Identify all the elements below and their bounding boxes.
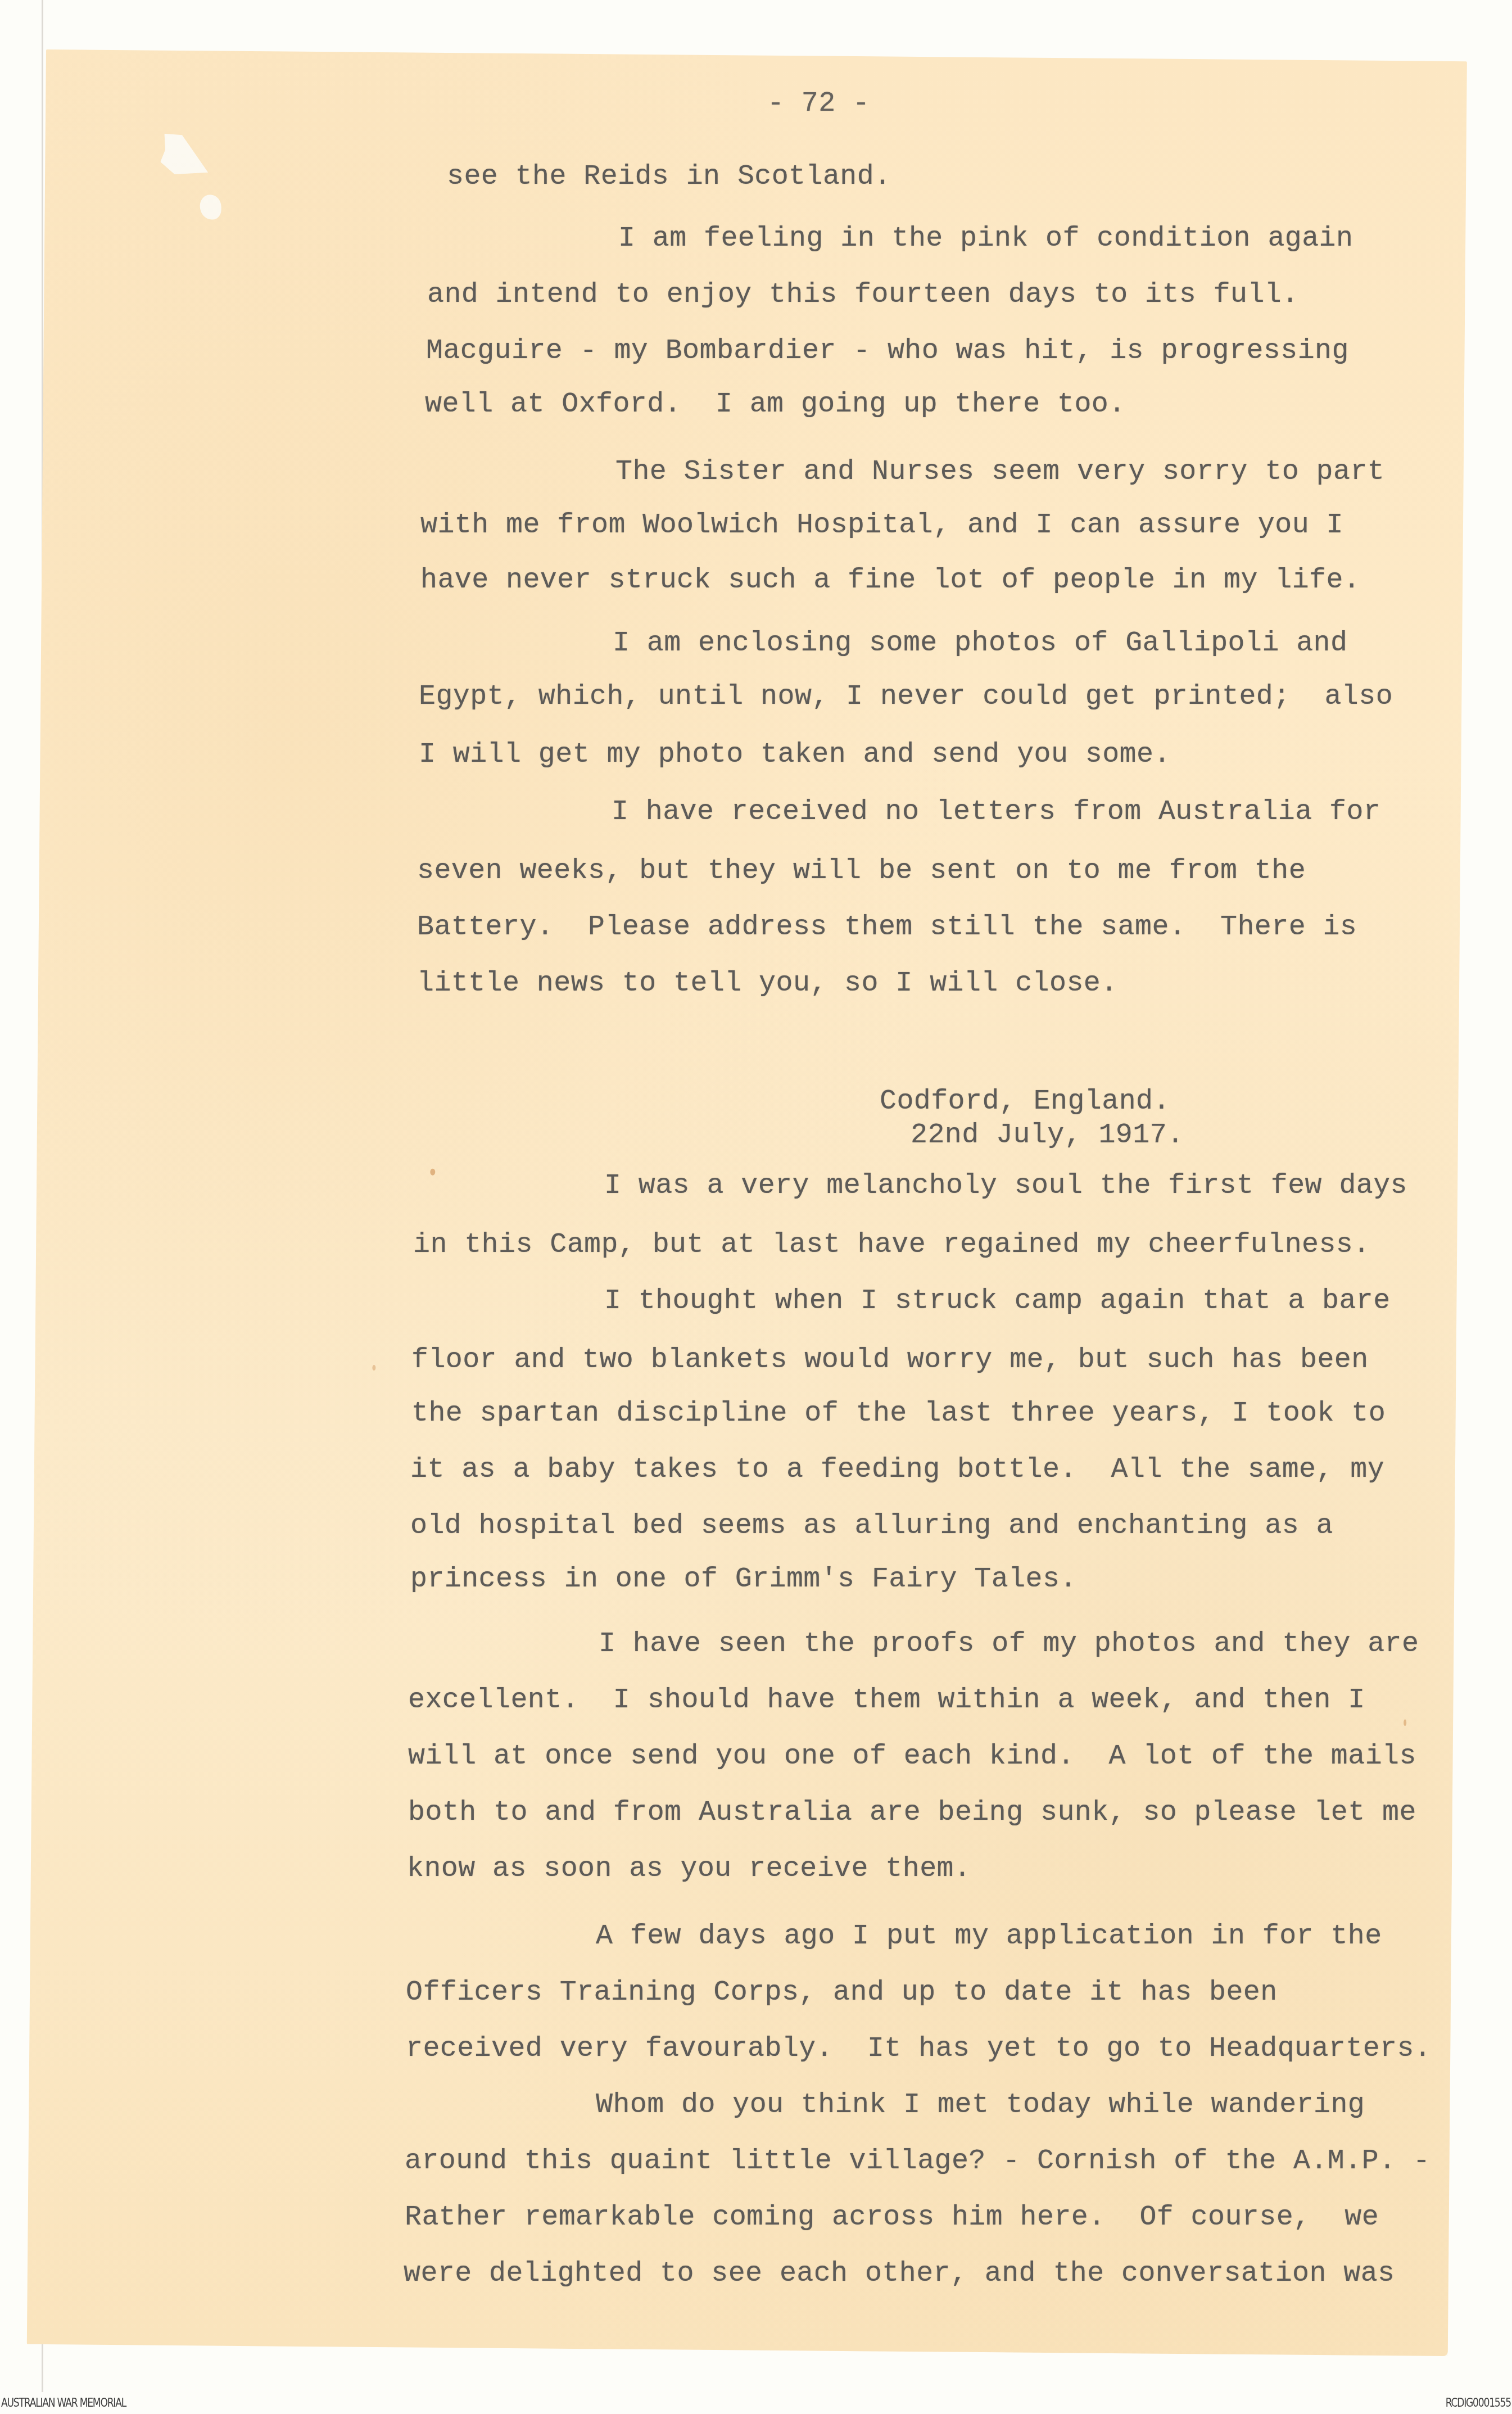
paragraph-start-line: I am feeling in the pink of condition ag… — [618, 225, 1353, 253]
paper-stain — [430, 1169, 435, 1176]
paper-tear-hole — [200, 195, 221, 219]
paragraph-start-line: I am enclosing some photos of Gallipoli … — [613, 630, 1347, 658]
paragraph-start-line: I thought when I struck camp again that … — [604, 1287, 1391, 1316]
institution-label: AUSTRALIAN WAR MEMORIAL — [1, 2396, 126, 2413]
letter-place: Codford, England. — [880, 1088, 1170, 1116]
text-line: in this Camp, but at last have regained … — [413, 1231, 1370, 1259]
text-line: both to and from Australia are being sun… — [408, 1799, 1416, 1827]
paragraph-start-line: I have received no letters from Australi… — [612, 798, 1380, 826]
text-line: Battery. Please address them still the s… — [417, 914, 1357, 942]
paragraph-start-line: I was a very melancholy soul the first f… — [604, 1172, 1407, 1200]
text-line: seven weeks, but they will be sent on to… — [417, 857, 1306, 885]
text-line: and intend to enjoy this fourteen days t… — [427, 281, 1299, 309]
paragraph-start-line: I have seen the proofs of my photos and … — [599, 1630, 1419, 1658]
text-line: have never struck such a fine lot of peo… — [420, 567, 1360, 595]
text-line: were delighted to see each other, and th… — [404, 2260, 1395, 2288]
paper-tear-hole — [160, 134, 209, 175]
text-line: little news to tell you, so I will close… — [417, 970, 1118, 998]
text-line: the spartan discipline of the last three… — [411, 1400, 1386, 1428]
text-line: see the Reids in Scotland. — [447, 163, 891, 191]
paragraph-start-line: A few days ago I put my application in f… — [596, 1923, 1382, 1951]
text-line: will at once send you one of each kind. … — [408, 1743, 1416, 1771]
text-line: it as a baby takes to a feeding bottle. … — [410, 1456, 1384, 1484]
text-line: old hospital bed seems as alluring and e… — [410, 1512, 1333, 1540]
paragraph-start-line: The Sister and Nurses seem very sorry to… — [615, 458, 1384, 486]
text-line: Egypt, which, until now, I never could g… — [419, 683, 1393, 711]
paper-stain — [1404, 1719, 1406, 1726]
text-line: princess in one of Grimm's Fairy Tales. — [410, 1566, 1077, 1594]
paragraph-start-line: Whom do you think I met today while wand… — [596, 2091, 1365, 2119]
letter-date: 22nd July, 1917. — [911, 1122, 1184, 1150]
text-line: well at Oxford. I am going up there too. — [425, 391, 1126, 419]
paper-stain — [372, 1365, 375, 1371]
text-line: Rather remarkable coming across him here… — [405, 2204, 1379, 2232]
text-line: I will get my photo taken and send you s… — [419, 741, 1171, 769]
text-line: Officers Training Corps, and up to date … — [406, 1979, 1278, 2007]
text-line: with me from Woolwich Hospital, and I ca… — [420, 512, 1343, 540]
text-line: received very favourably. It has yet to … — [406, 2035, 1431, 2063]
text-line: floor and two blankets would worry me, b… — [411, 1346, 1369, 1375]
text-line: around this quaint little village? - Cor… — [405, 2148, 1430, 2176]
text-line: excellent. I should have them within a w… — [408, 1687, 1365, 1715]
text-line: know as soon as you receive them. — [407, 1855, 971, 1883]
text-line: Macguire - my Bombardier - who was hit, … — [426, 337, 1349, 365]
page-number: - 72 - — [767, 90, 870, 118]
record-id-label: RCDIG0001555 — [1446, 2396, 1511, 2413]
